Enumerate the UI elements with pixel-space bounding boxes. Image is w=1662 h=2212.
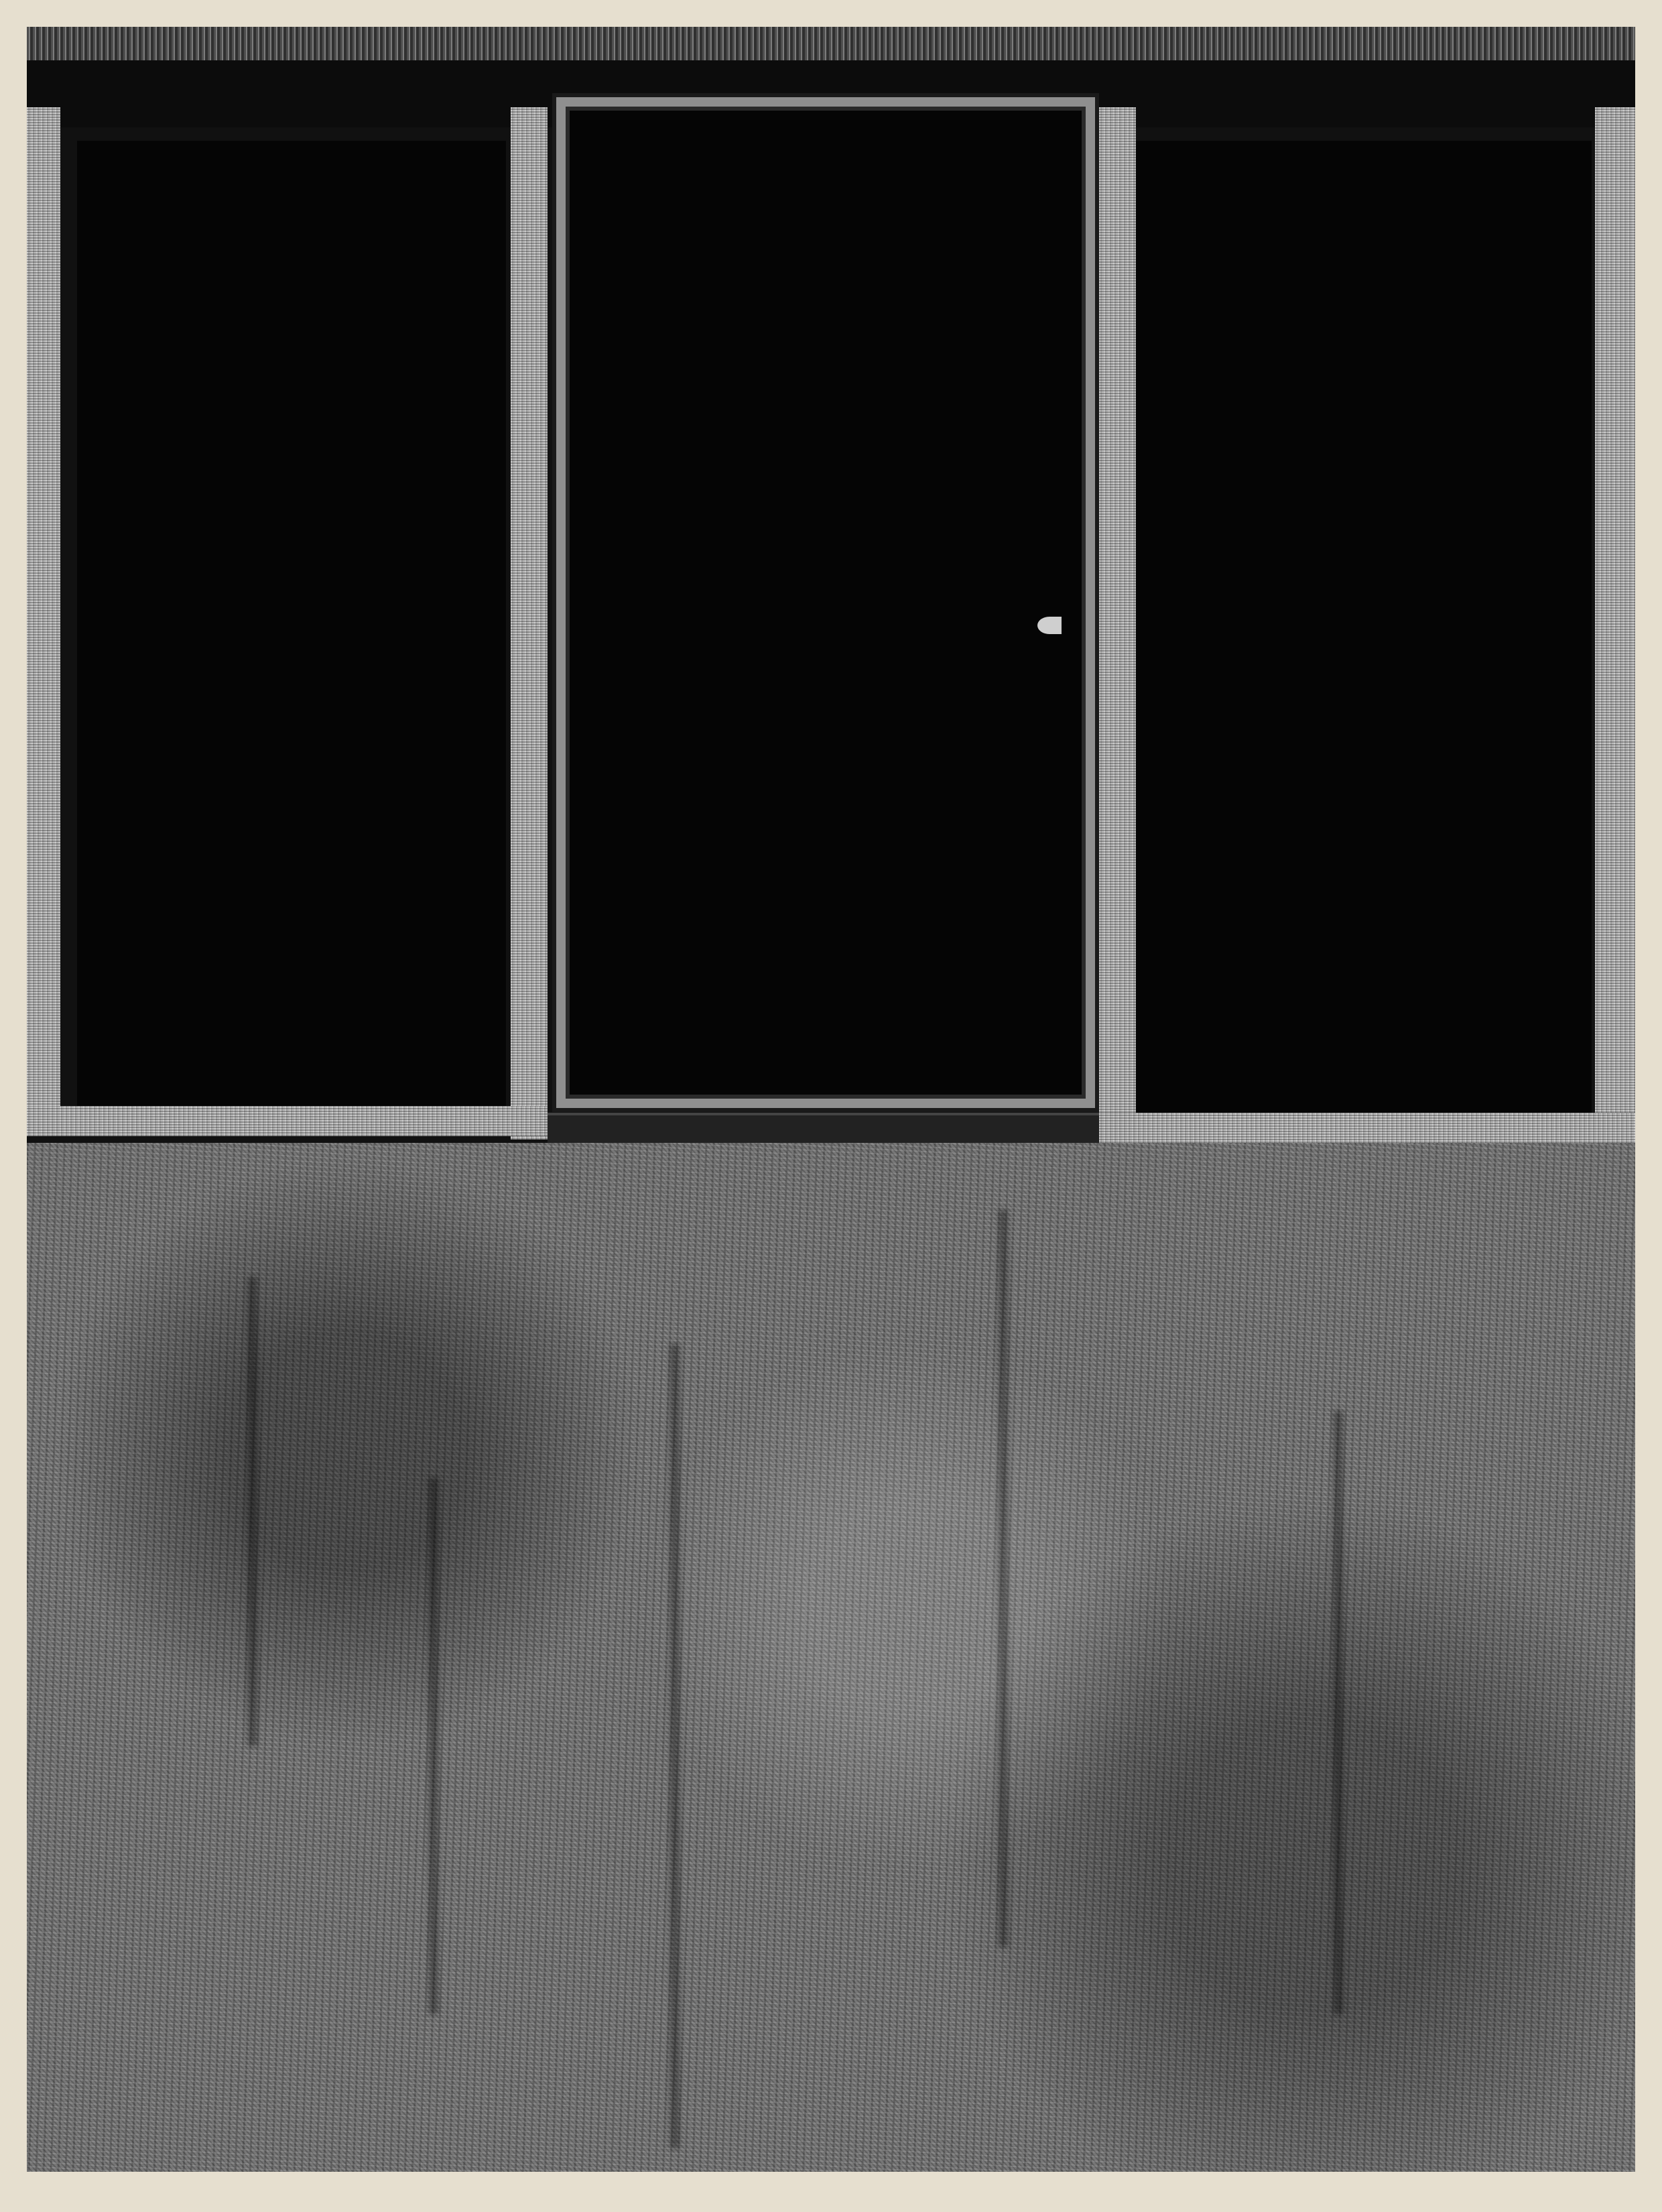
stain-streak [429,1478,438,2014]
stain-streak [999,1210,1008,1947]
photograph [27,27,1635,2172]
sill-left [27,1106,548,1136]
window-latch [1037,617,1062,634]
stain-streak [248,1277,257,1746]
pane-right [1136,141,1592,1113]
pane-left [77,141,506,1109]
frame-mullion-right [1099,107,1136,1140]
sill-center [548,1113,1099,1146]
stain-streak [1334,1411,1343,2014]
frame-right-stile [1595,107,1635,1126]
sill-right [1099,1113,1635,1143]
frame-left-stile [27,107,60,1126]
concrete-wall [27,1143,1635,2172]
window-lintel [27,27,1635,60]
frame-mullion-left [511,107,548,1140]
stain-streak [670,1344,680,2148]
pane-center-sash [556,97,1095,1108]
